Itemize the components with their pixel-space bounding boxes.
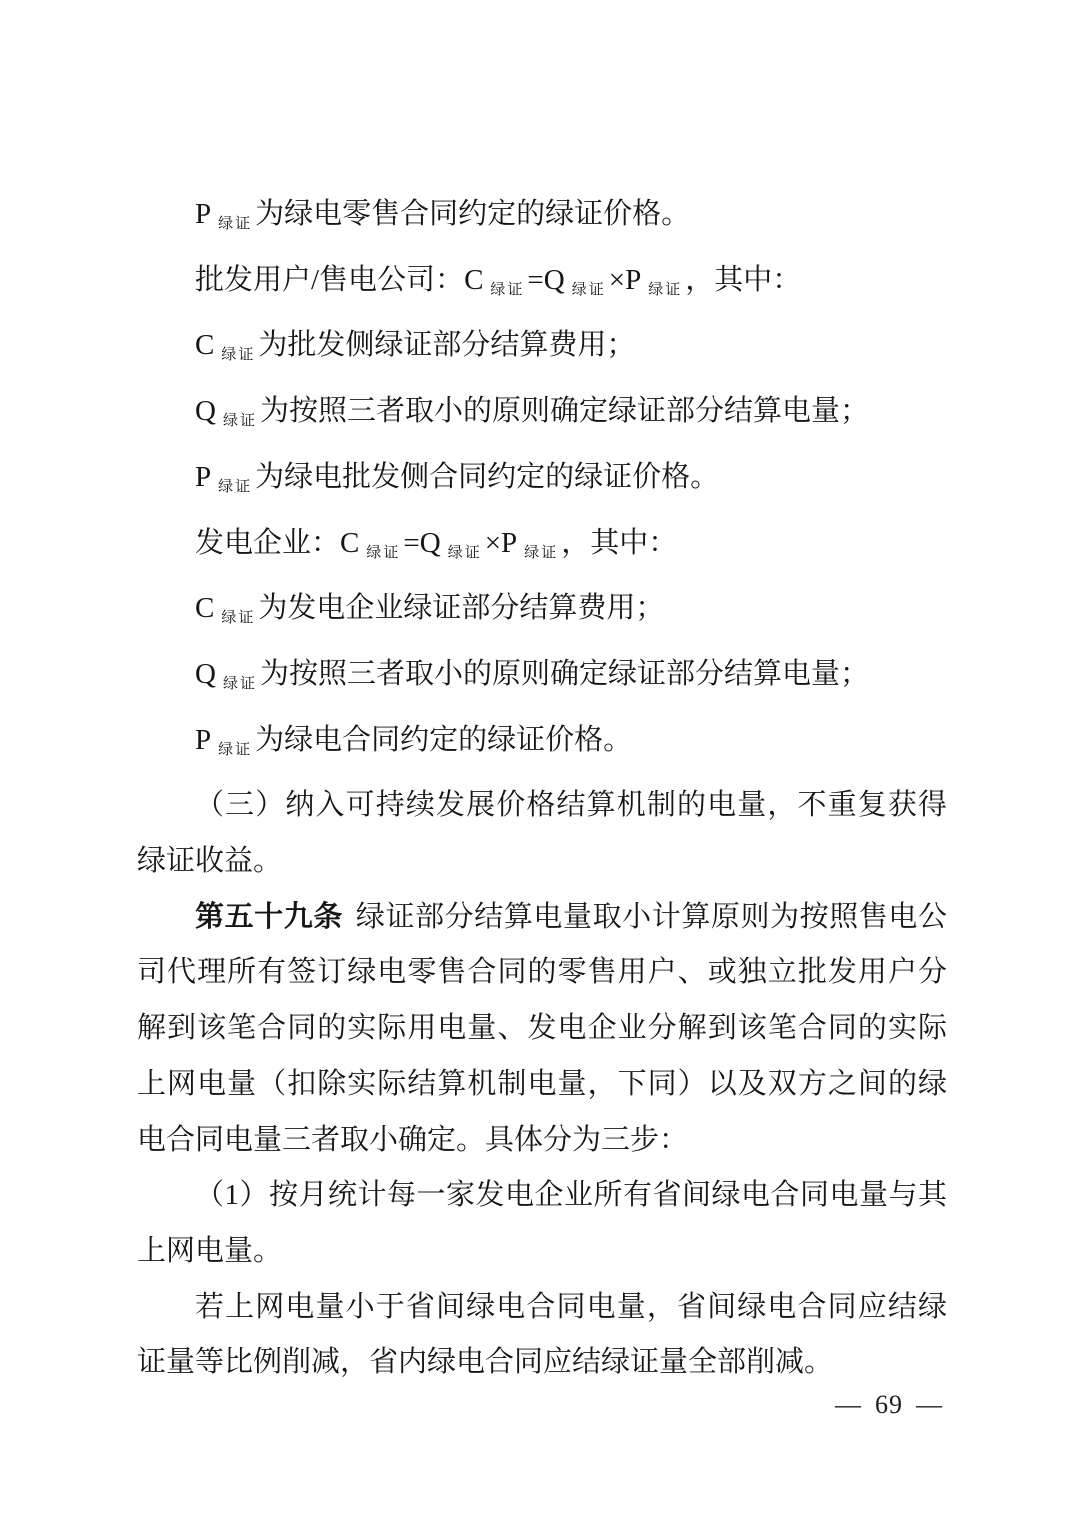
subscript-label: 绿证 xyxy=(524,545,558,561)
subscript-label: 绿证 xyxy=(448,545,482,561)
paragraph: P绿证为绿电批发侧合同约定的绿证价格。 xyxy=(137,450,947,516)
body-text: 为发电企业绿证部分结算费用； xyxy=(258,592,664,624)
paragraph: 若上网电量小于省间绿电合同电量，省间绿电合同应结绿证量等比例削减，省内绿电合同应… xyxy=(137,1280,947,1391)
subscript-label: 绿证 xyxy=(490,282,524,298)
subscript-label: 绿证 xyxy=(572,282,606,298)
formula-variable: Q xyxy=(195,658,216,690)
document-page: P绿证为绿电零售合同约定的绿证价格。批发用户/售电公司：C绿证=Q绿证×P绿证，… xyxy=(0,0,1080,1527)
subscript-label: 绿证 xyxy=(218,216,252,232)
formula-variable: =Q xyxy=(403,527,440,559)
footer-dash-left: — xyxy=(835,1390,862,1420)
body-text: 发电企业： xyxy=(195,527,340,559)
subscript-label: 绿证 xyxy=(221,610,255,626)
footer-dash-right: — xyxy=(916,1390,943,1420)
subscript-label: 绿证 xyxy=(223,413,257,429)
body-text: ，其中： xyxy=(685,264,801,296)
body-text: 批发用户/售电公司： xyxy=(195,264,464,296)
body-text: （三）纳入可持续发展价格结算机制的电量，不重复获得绿证收益。 xyxy=(137,789,947,877)
formula-variable: =Q xyxy=(527,264,564,296)
body-text: 为绿电合同约定的绿证价格。 xyxy=(255,724,632,756)
paragraph: 第五十九条绿证部分结算电量取小计算原则为按照售电公司代理所有签订绿电零售合同的零… xyxy=(137,890,947,1169)
article-number-bold: 第五十九条 xyxy=(195,901,343,933)
formula-variable: ×P xyxy=(485,527,517,559)
body-text: 为绿电零售合同约定的绿证价格。 xyxy=(255,198,690,230)
paragraph: Q绿证为按照三者取小的原则确定绿证部分结算电量； xyxy=(137,647,947,713)
subscript-label: 绿证 xyxy=(223,676,257,692)
page-footer: — 69 — xyxy=(835,1390,943,1420)
formula-variable: C xyxy=(340,527,359,559)
subscript-label: 绿证 xyxy=(366,545,400,561)
paragraph: C绿证为批发侧绿证部分结算费用； xyxy=(137,318,947,384)
body-text: 为绿电批发侧合同约定的绿证价格。 xyxy=(255,461,719,493)
paragraph: （1）按月统计每一家发电企业所有省间绿电合同电量与其上网电量。 xyxy=(137,1168,947,1279)
formula-variable: P xyxy=(195,724,211,756)
paragraph: 批发用户/售电公司：C绿证=Q绿证×P绿证，其中： xyxy=(137,253,947,319)
subscript-label: 绿证 xyxy=(648,282,682,298)
formula-variable: C xyxy=(195,592,214,624)
paragraph: P绿证为绿电零售合同约定的绿证价格。 xyxy=(137,187,947,253)
body-text: 为批发侧绿证部分结算费用； xyxy=(258,329,635,361)
formula-variable: C xyxy=(464,264,483,296)
subscript-label: 绿证 xyxy=(218,479,252,495)
document-body: P绿证为绿电零售合同约定的绿证价格。批发用户/售电公司：C绿证=Q绿证×P绿证，… xyxy=(137,187,947,1391)
paragraph: 发电企业：C绿证=Q绿证×P绿证，其中： xyxy=(137,516,947,582)
body-text: 若上网电量小于省间绿电合同电量，省间绿电合同应结绿证量等比例削减，省内绿电合同应… xyxy=(137,1291,947,1379)
paragraph: C绿证为发电企业绿证部分结算费用； xyxy=(137,581,947,647)
subscript-label: 绿证 xyxy=(221,347,255,363)
body-text: 为按照三者取小的原则确定绿证部分结算电量； xyxy=(260,658,869,690)
paragraph: （三）纳入可持续发展价格结算机制的电量，不重复获得绿证收益。 xyxy=(137,778,947,889)
subscript-label: 绿证 xyxy=(218,742,252,758)
formula-variable: Q xyxy=(195,395,216,427)
formula-variable: ×P xyxy=(609,264,641,296)
page-number: 69 xyxy=(875,1390,903,1420)
formula-variable: P xyxy=(195,198,211,230)
formula-variable: C xyxy=(195,329,214,361)
paragraph: P绿证为绿电合同约定的绿证价格。 xyxy=(137,713,947,779)
paragraph: Q绿证为按照三者取小的原则确定绿证部分结算电量； xyxy=(137,384,947,450)
body-text: （1）按月统计每一家发电企业所有省间绿电合同电量与其上网电量。 xyxy=(137,1179,947,1267)
formula-variable: P xyxy=(195,461,211,493)
body-text: 为按照三者取小的原则确定绿证部分结算电量； xyxy=(260,395,869,427)
body-text: ，其中： xyxy=(561,527,677,559)
body-text: 绿证部分结算电量取小计算原则为按照售电公司代理所有签订绿电零售合同的零售用户、或… xyxy=(137,901,947,1156)
